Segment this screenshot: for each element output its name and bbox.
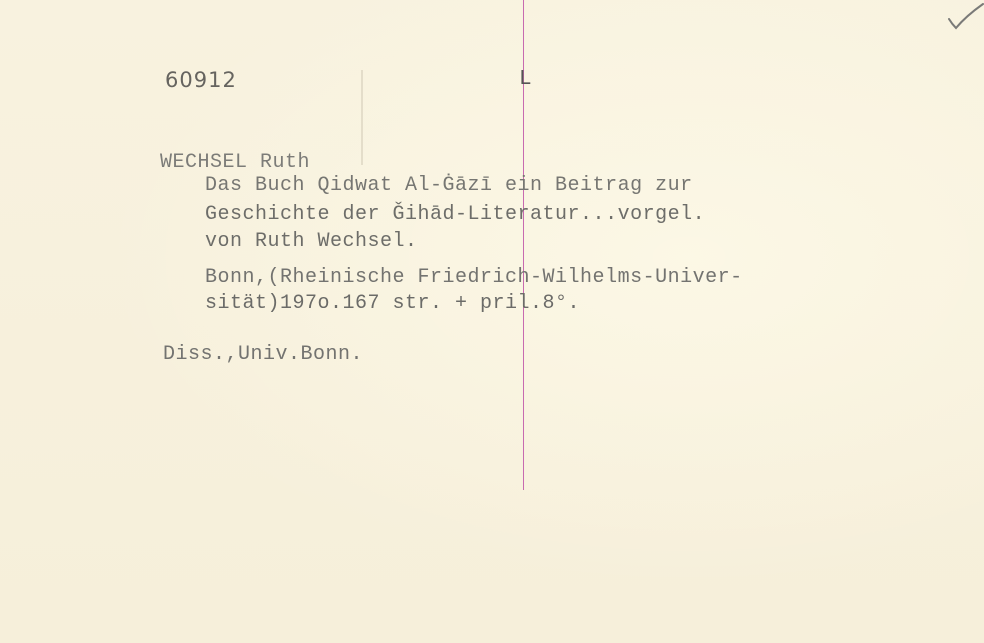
title-line-1: Das Buch Qidwat Al-Ġāzī ein Beitrag zur <box>205 174 693 197</box>
author-heading: WECHSEL Ruth <box>160 151 310 174</box>
imprint-line-1: Bonn,(Rheinische Friedrich-Wilhelms-Univ… <box>205 266 743 289</box>
location-mark: L <box>519 68 532 91</box>
dissertation-note: Diss.,Univ.Bonn. <box>163 343 363 366</box>
catalog-card: 60912 L WECHSEL Ruth Das Buch Qidwat Al-… <box>0 0 984 643</box>
title-line-2: Geschichte der Ǧihād-Literatur...vorgel. <box>205 203 705 226</box>
call-number: 60912 <box>165 68 237 92</box>
faint-pencil-mark <box>361 70 363 165</box>
imprint-line-2: sität)197o.167 str. + pril.8°. <box>205 292 580 315</box>
check-mark-icon <box>946 2 984 32</box>
title-line-3: von Ruth Wechsel. <box>205 230 418 253</box>
